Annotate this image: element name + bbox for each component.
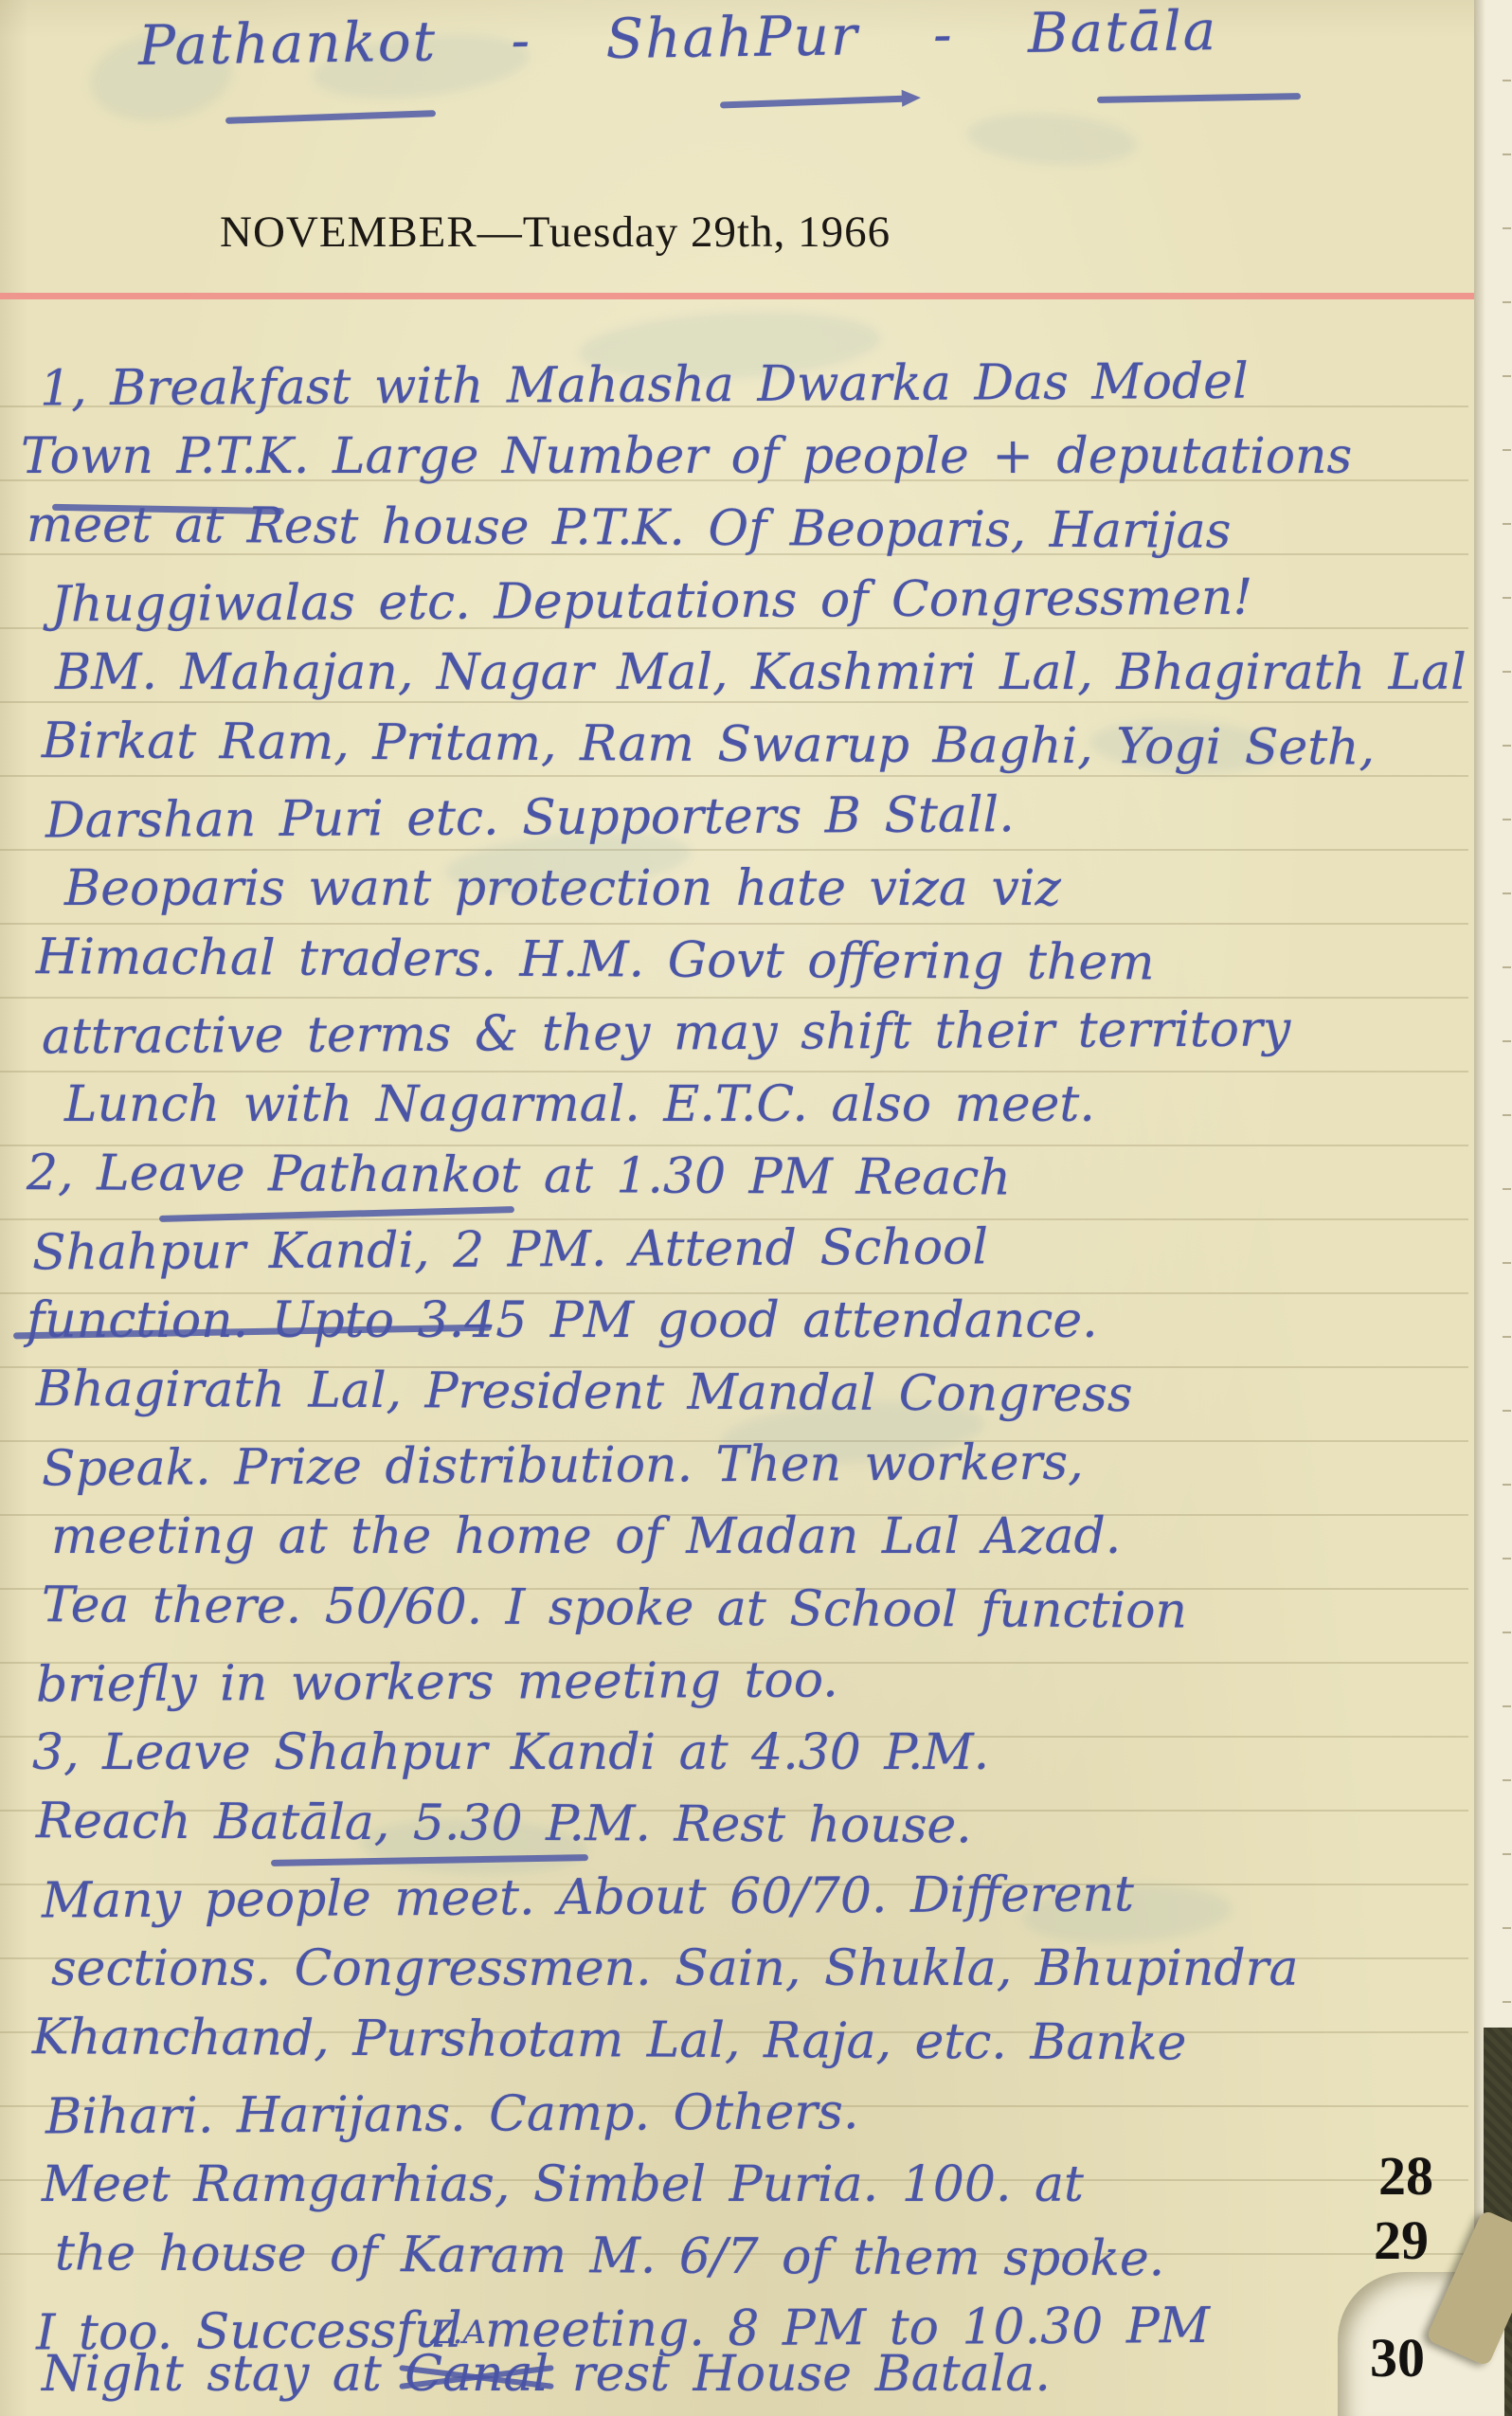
diary-line: BM. Mahajan, Nagar Mal, Kashmiri Lal, Bh… bbox=[13, 637, 1455, 709]
diary-lines: 1, Breakfast with Mahasha Dwarka Das Mod… bbox=[13, 349, 1455, 2365]
diary-line: attractive terms & they may shift their … bbox=[13, 992, 1455, 1073]
diary-line: briefly in workers meeting too. bbox=[13, 1640, 1455, 1721]
diary-line: Himachal traders. H.M. Govt offering the… bbox=[13, 921, 1455, 1001]
diary-line: the house of Karam M. 6/7 of them spoke. bbox=[13, 2217, 1455, 2297]
diary-line: 3, Leave Shahpur Kandi at 4.30 P.M. bbox=[13, 1717, 1455, 1789]
ink-underline-pathankot-header bbox=[225, 110, 436, 124]
diary-page: Pathankot - ShahPur - Batāla NOVEMBER—Tu… bbox=[0, 0, 1512, 2416]
diary-line: meeting at the home of Madan Lal Azad. bbox=[13, 1501, 1455, 1573]
inserted-correction: Z.A. bbox=[431, 2297, 496, 2369]
next-page-tab-30: 30 bbox=[1370, 2331, 1425, 2386]
diary-line: 1, Breakfast with Mahasha Dwarka Das Mod… bbox=[13, 344, 1455, 424]
diary-line: 2, Leave Pathankot at 1.30 PM Reach bbox=[13, 1137, 1455, 1217]
ink-underline-batala-header bbox=[1097, 93, 1301, 103]
page-tab-28: 28 bbox=[1378, 2149, 1433, 2204]
diary-line: Meet Ramgarhias, Simbel Puria. 100. at bbox=[13, 2149, 1455, 2221]
strikethrough-word-wrap: CanalZ.A. bbox=[405, 2338, 549, 2410]
diary-line: sections. Congressmen. Sain, Shukla, Bhu… bbox=[13, 1933, 1455, 2005]
route-header: Pathankot - ShahPur - Batāla bbox=[138, 0, 1218, 78]
diary-line: Shahpur Kandi, 2 PM. Attend School bbox=[13, 1208, 1455, 1289]
diary-line: Bihari. Harijans. Camp. Others. bbox=[13, 2072, 1455, 2153]
diary-line: Town P.T.K. Large Number of people + dep… bbox=[13, 421, 1455, 493]
printed-date: NOVEMBER—Tuesday 29th, 1966 bbox=[220, 207, 891, 258]
diary-line: Darshan Puri etc. Supporters B Stall. bbox=[13, 776, 1455, 856]
page-tab-29: 29 bbox=[1374, 2213, 1429, 2268]
diary-line: Birkat Ram, Pritam, Ram Swarup Baghi, Yo… bbox=[13, 705, 1455, 784]
bleed-through-ghost bbox=[964, 108, 1138, 171]
diary-line: Beoparis want protection hate viza viz bbox=[13, 853, 1455, 925]
last-line-pre: Night stay at bbox=[42, 2346, 405, 2403]
diary-line: Reach Batāla, 5.30 P.M. Rest house. bbox=[13, 1785, 1455, 1865]
diary-line: Bhagirath Lal, President Mandal Congress bbox=[13, 1353, 1455, 1433]
diary-last-line: Night stay at CanalZ.A. rest House Batal… bbox=[42, 2338, 1051, 2410]
diary-line: Jhuggiwalas etc. Deputations of Congress… bbox=[13, 560, 1455, 640]
diary-line: Lunch with Nagarmal. E.T.C. also meet. bbox=[13, 1069, 1455, 1141]
diary-line: Speak. Prize distribution. Then workers, bbox=[13, 1424, 1455, 1505]
diary-line: meet at Rest house P.T.K. Of Beoparis, H… bbox=[13, 489, 1455, 568]
last-line-post: rest House Batala. bbox=[549, 2346, 1051, 2403]
pink-rule-line bbox=[0, 293, 1504, 299]
diary-line: Many people meet. About 60/70. Different bbox=[13, 1856, 1455, 1937]
diary-line: Khanchand, Purshotam Lal, Raja, etc. Ban… bbox=[13, 2001, 1455, 2081]
ink-underline-shahpur-header bbox=[720, 96, 909, 109]
diary-line: function. Upto 3.45 PM good attendance. bbox=[13, 1285, 1455, 1357]
diary-line: Tea there. 50/60. I spoke at School func… bbox=[13, 1569, 1455, 1649]
